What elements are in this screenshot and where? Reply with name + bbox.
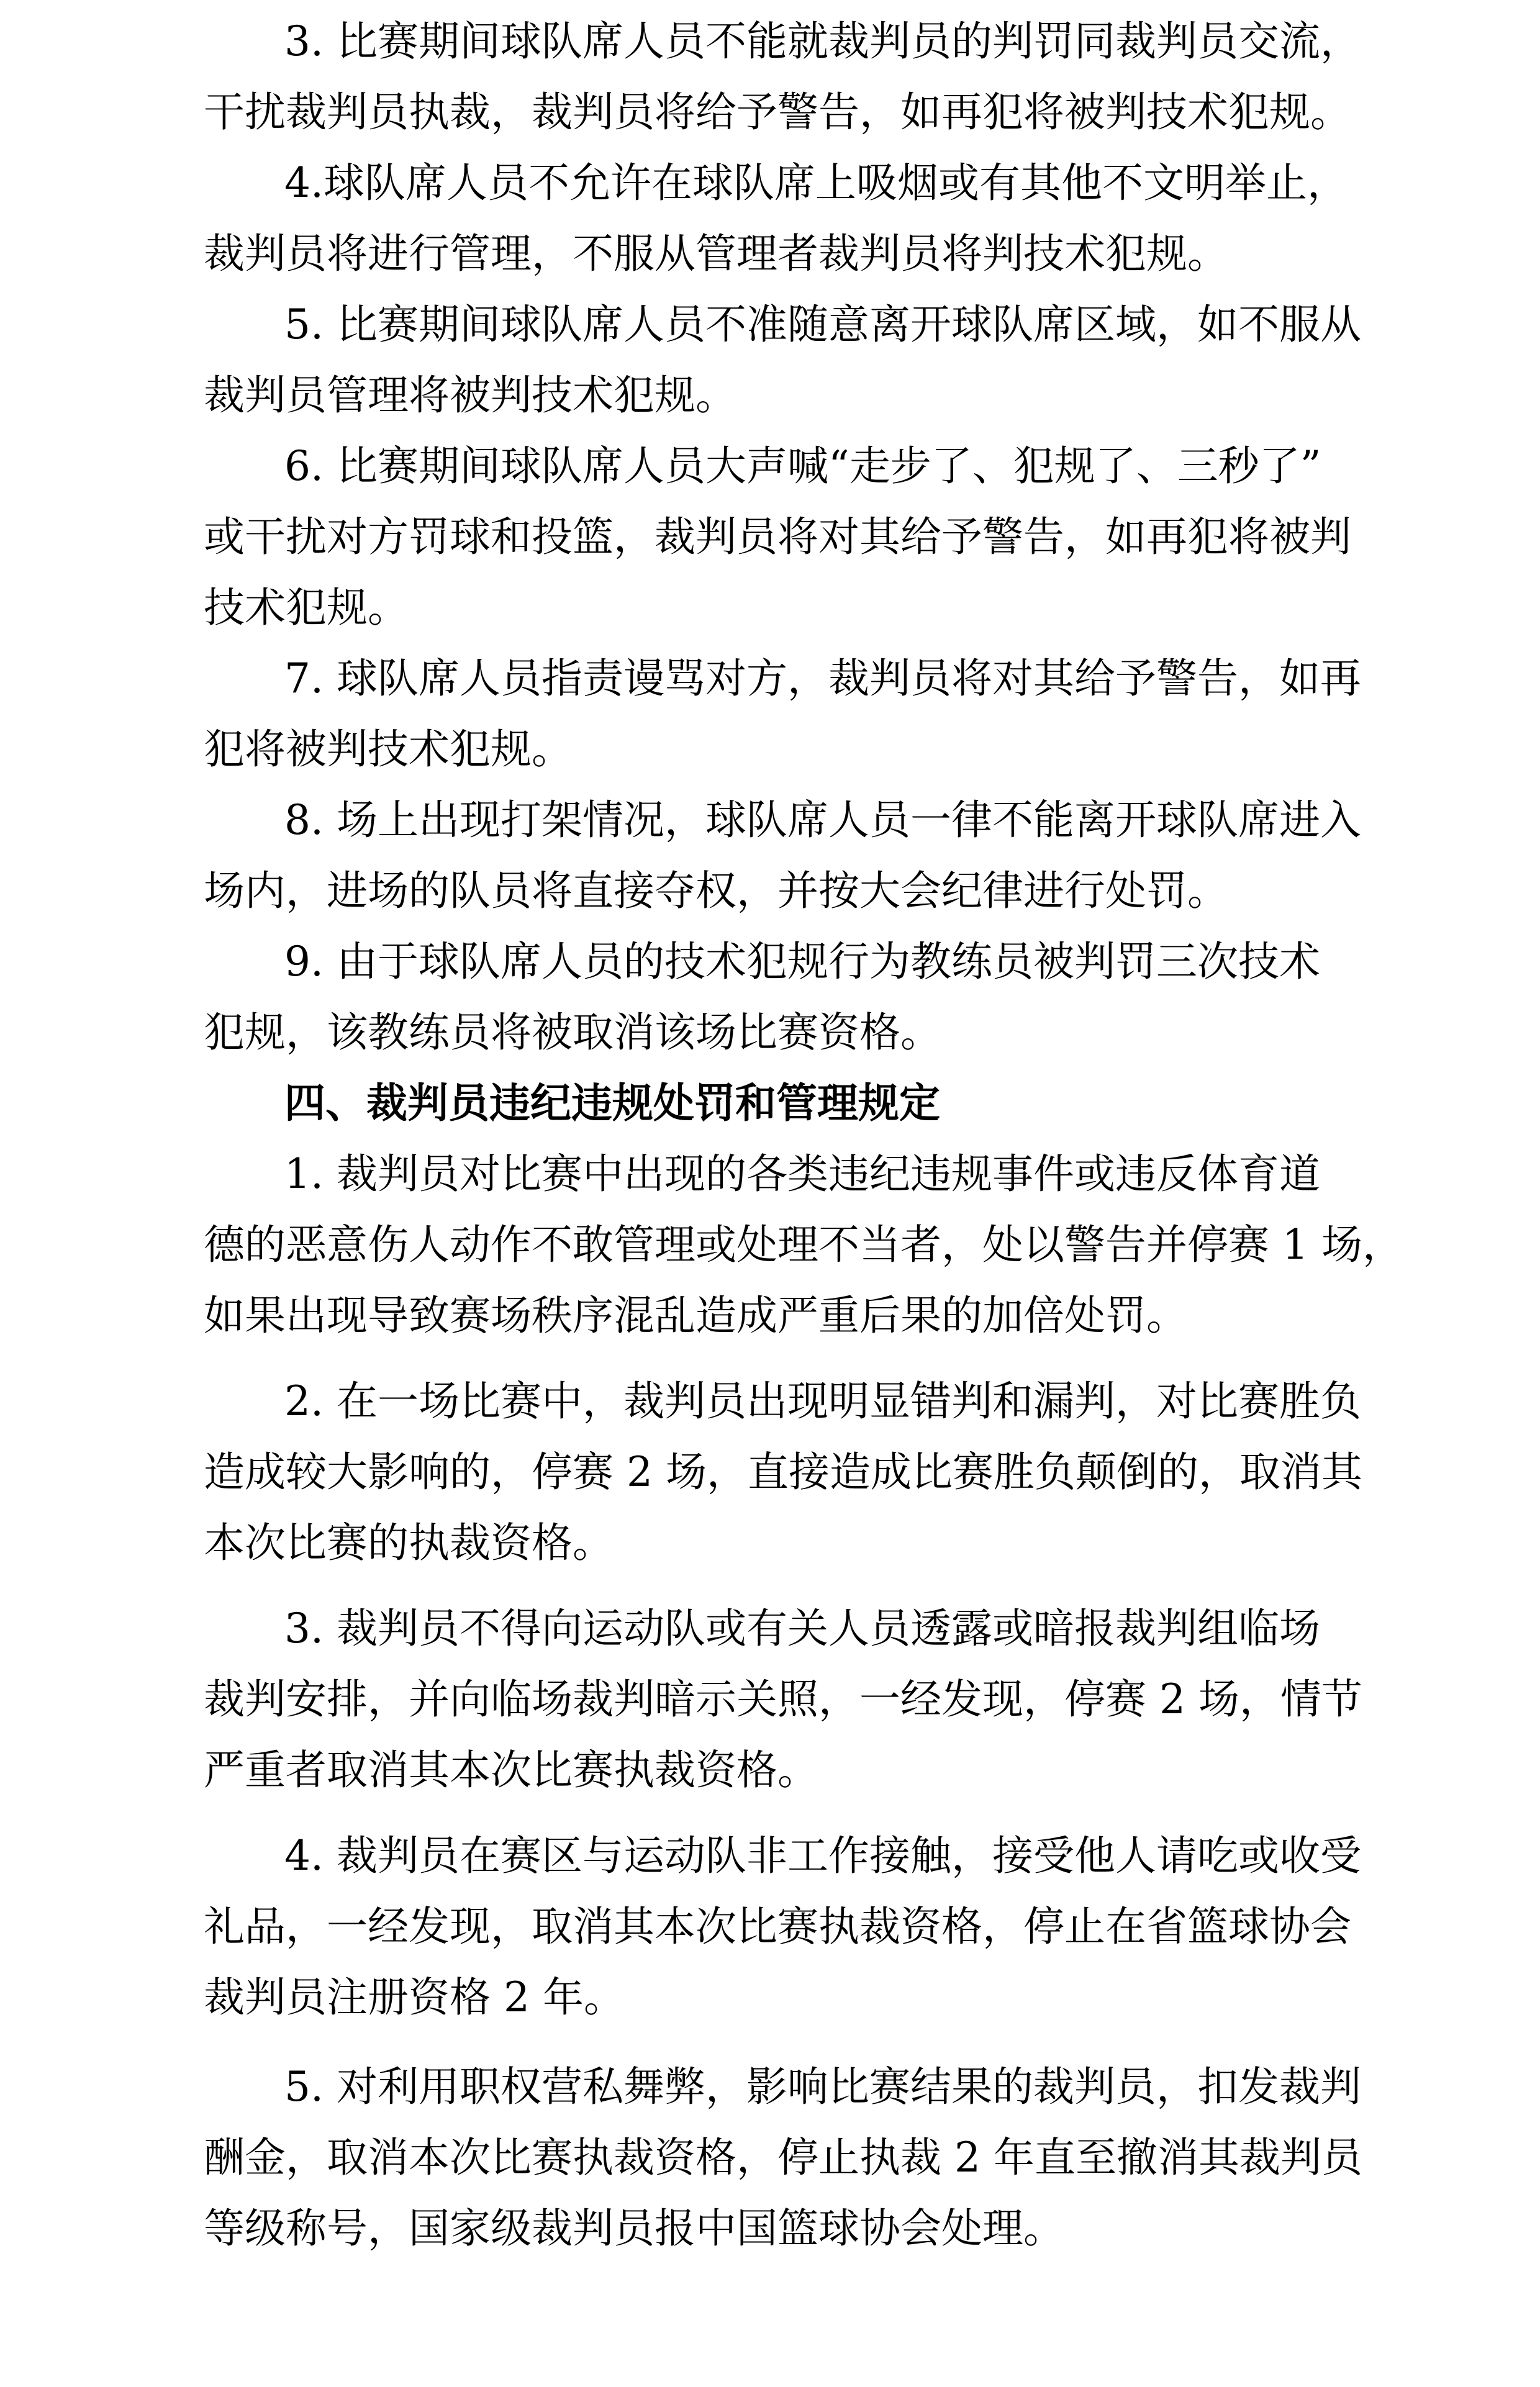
section-paragraph-3-line-1: 3. 裁判员不得向运动队或有关人员透露或暗报裁判组临场 [284, 1601, 1318, 1657]
section-paragraph-1-line-3: 如果出现导致赛场秩序混乱造成严重后果的加倍处罚。 [204, 1288, 1318, 1344]
section-paragraph-5-line-3: 等级称号，国家级裁判员报中国篮球协会处理。 [204, 2201, 1318, 2257]
paragraph-6-line-2: 或干扰对方罚球和投篮，裁判员将对其给予警告，如再犯将被判 [204, 509, 1318, 565]
paragraph-5-line-1: 5. 比赛期间球队席人员不准随意离开球队席区域，如不服从 [284, 297, 1318, 353]
section-paragraph-4-line-1: 4. 裁判员在赛区与运动队非工作接触，接受他人请吃或收受 [284, 1828, 1318, 1884]
section-paragraph-1-line-2: 德的恶意伤人动作不敢管理或处理不当者，处以警告并停赛 1 场， [204, 1217, 1318, 1273]
section-paragraph-2-line-3: 本次比赛的执裁资格。 [204, 1515, 1318, 1571]
section-heading: 四、裁判员违纪违规处罚和管理规定 [284, 1076, 1318, 1131]
section-paragraph-4-line-3: 裁判员注册资格 2 年。 [204, 1970, 1318, 2026]
paragraph-6-line-3: 技术犯规。 [204, 580, 1318, 636]
paragraph-5-line-2: 裁判员管理将被判技术犯规。 [204, 368, 1318, 423]
paragraph-3-line-1: 3. 比赛期间球队席人员不能就裁判员的判罚同裁判员交流， [284, 14, 1318, 70]
paragraph-6-line-1: 6. 比赛期间球队席人员大声喊“走步了、犯规了、三秒了” [284, 438, 1318, 494]
paragraph-3-line-2: 干扰裁判员执裁，裁判员将给予警告，如再犯将被判技术犯规。 [204, 84, 1318, 140]
paragraph-4-line-2: 裁判员将进行管理，不服从管理者裁判员将判技术犯规。 [204, 226, 1318, 282]
paragraph-8-line-2: 场内，进场的队员将直接夺权，并按大会纪律进行处罚。 [204, 863, 1318, 919]
paragraph-9-line-1: 9. 由于球队席人员的技术犯规行为教练员被判罚三次技术 [284, 934, 1318, 990]
section-paragraph-4-line-2: 礼品，一经发现，取消其本次比赛执裁资格，停止在省篮球协会 [204, 1899, 1318, 1955]
section-paragraph-3-line-3: 严重者取消其本次比赛执裁资格。 [204, 1742, 1318, 1798]
section-paragraph-5-line-1: 5. 对利用职权营私舞弊，影响比赛结果的裁判员，扣发裁判 [284, 2059, 1318, 2115]
section-paragraph-3-line-2: 裁判安排，并向临场裁判暗示关照，一经发现，停赛 2 场，情节 [204, 1672, 1318, 1728]
paragraph-8-line-1: 8. 场上出现打架情况，球队席人员一律不能离开球队席进入 [284, 792, 1318, 848]
paragraph-4-line-1: 4.球队席人员不允许在球队席上吸烟或有其他不文明举止， [284, 155, 1318, 211]
section-paragraph-2-line-2: 造成较大影响的，停赛 2 场，直接造成比赛胜负颠倒的，取消其 [204, 1444, 1318, 1500]
paragraph-7-line-2: 犯将被判技术犯规。 [204, 722, 1318, 777]
section-paragraph-5-line-2: 酬金，取消本次比赛执裁资格，停止执裁 2 年直至撤消其裁判员 [204, 2130, 1318, 2186]
paragraph-7-line-1: 7. 球队席人员指责谩骂对方，裁判员将对其给予警告，如再 [284, 651, 1318, 707]
section-paragraph-1-line-1: 1. 裁判员对比赛中出现的各类违纪违规事件或违反体育道 [284, 1146, 1318, 1202]
section-paragraph-2-line-1: 2. 在一场比赛中，裁判员出现明显错判和漏判，对比赛胜负 [284, 1374, 1318, 1429]
paragraph-9-line-2: 犯规，该教练员将被取消该场比赛资格。 [204, 1005, 1318, 1061]
